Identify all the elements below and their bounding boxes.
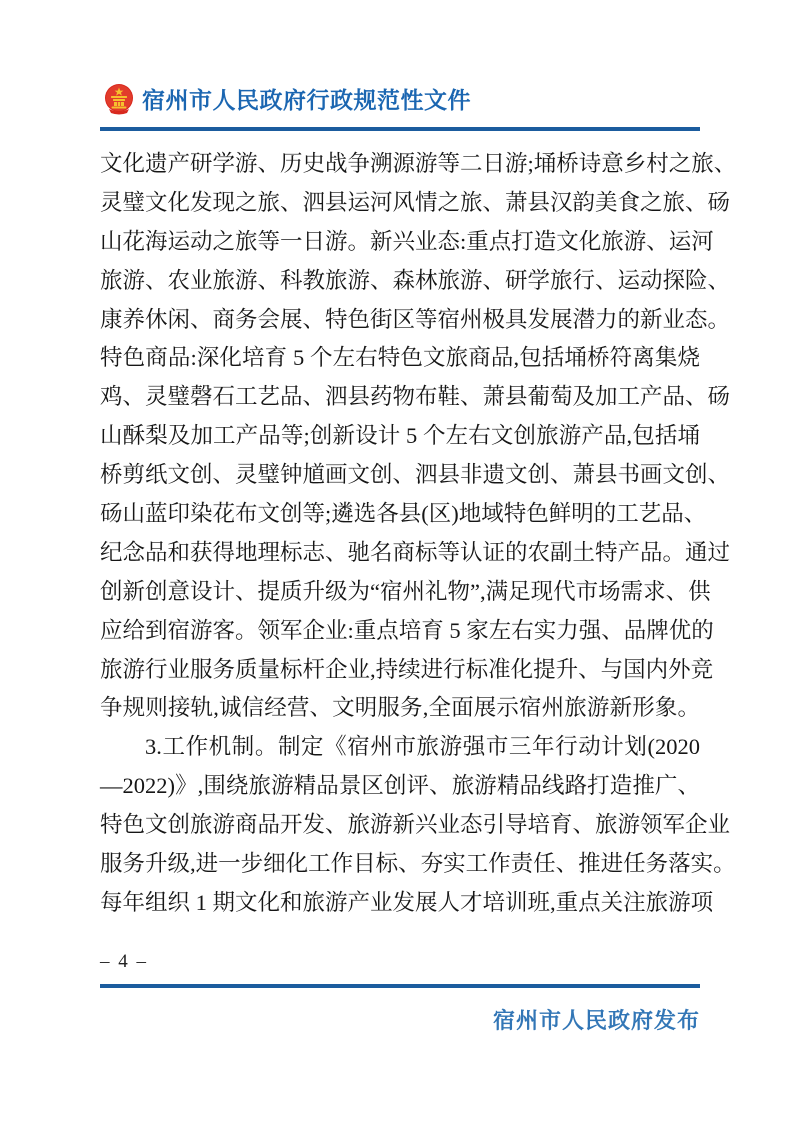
- body-text-line: 特色商品:深化培育 5 个左右特色文旅商品,包括埇桥符离集烧: [100, 339, 700, 378]
- body-text-line: 砀山蓝印染花布文创等;遴选各县(区)地域特色鲜明的工艺品、: [100, 495, 700, 534]
- footer-divider: [100, 984, 700, 988]
- body-text-line: 桥剪纸文创、灵璧钟馗画文创、泗县非遗文创、萧县书画文创、: [100, 456, 700, 495]
- header-divider: [100, 127, 700, 131]
- body-text-line: 鸡、灵璧磬石工艺品、泗县药物布鞋、萧县葡萄及加工产品、砀: [100, 378, 700, 417]
- body-text-line: 创新创意设计、提质升级为“宿州礼物”,满足现代市场需求、供: [100, 573, 700, 612]
- body-text-line: 每年组织 1 期文化和旅游产业发展人才培训班,重点关注旅游项: [100, 884, 700, 923]
- document-header: 宿州市人民政府行政规范性文件: [103, 82, 703, 115]
- body-text-line: 纪念品和获得地理标志、驰名商标等认证的农副土特产品。通过: [100, 534, 700, 573]
- national-emblem-icon: [103, 83, 135, 115]
- document-body-text: 文化遗产研学游、历史战争溯源游等二日游;埇桥诗意乡村之旅、灵璧文化发现之旅、泗县…: [100, 145, 700, 923]
- body-text-line: —2022)》,围绕旅游精品景区创评、旅游精品线路打造推广、: [100, 767, 700, 806]
- body-text-line: 旅游、农业旅游、科教旅游、森林旅游、研学旅行、运动探险、: [100, 262, 700, 301]
- document-header-title: 宿州市人民政府行政规范性文件: [142, 82, 471, 115]
- page-number: – 4 –: [100, 951, 148, 973]
- body-text-line: 应给到宿游客。领军企业:重点培育 5 家左右实力强、品牌优的: [100, 612, 700, 651]
- body-text-line: 山酥梨及加工产品等;创新设计 5 个左右文创旅游产品,包括埇: [100, 417, 700, 456]
- body-text-line: 康养休闲、商务会展、特色街区等宿州极具发展潜力的新业态。: [100, 301, 700, 340]
- body-text-line: 文化遗产研学游、历史战争溯源游等二日游;埇桥诗意乡村之旅、: [100, 145, 700, 184]
- body-text-line: 山花海运动之旅等一日游。新兴业态:重点打造文化旅游、运河: [100, 223, 700, 262]
- document-page: 宿州市人民政府行政规范性文件 文化遗产研学游、历史战争溯源游等二日游;埇桥诗意乡…: [0, 0, 793, 1122]
- body-text-line: 3.工作机制。制定《宿州市旅游强市三年行动计划(2020: [100, 728, 700, 767]
- body-text-line: 争规则接轨,诚信经营、文明服务,全面展示宿州旅游新形象。: [100, 689, 700, 728]
- body-text-line: 服务升级,进一步细化工作目标、夯实工作责任、推进任务落实。: [100, 845, 700, 884]
- body-text-line: 特色文创旅游商品开发、旅游新兴业态引导培育、旅游领军企业: [100, 806, 700, 845]
- body-text-line: 灵璧文化发现之旅、泗县运河风情之旅、萧县汉韵美食之旅、砀: [100, 184, 700, 223]
- body-text-line: 旅游行业服务质量标杆企业,持续进行标准化提升、与国内外竞: [100, 651, 700, 690]
- publisher-label: 宿州市人民政府发布: [100, 1004, 700, 1035]
